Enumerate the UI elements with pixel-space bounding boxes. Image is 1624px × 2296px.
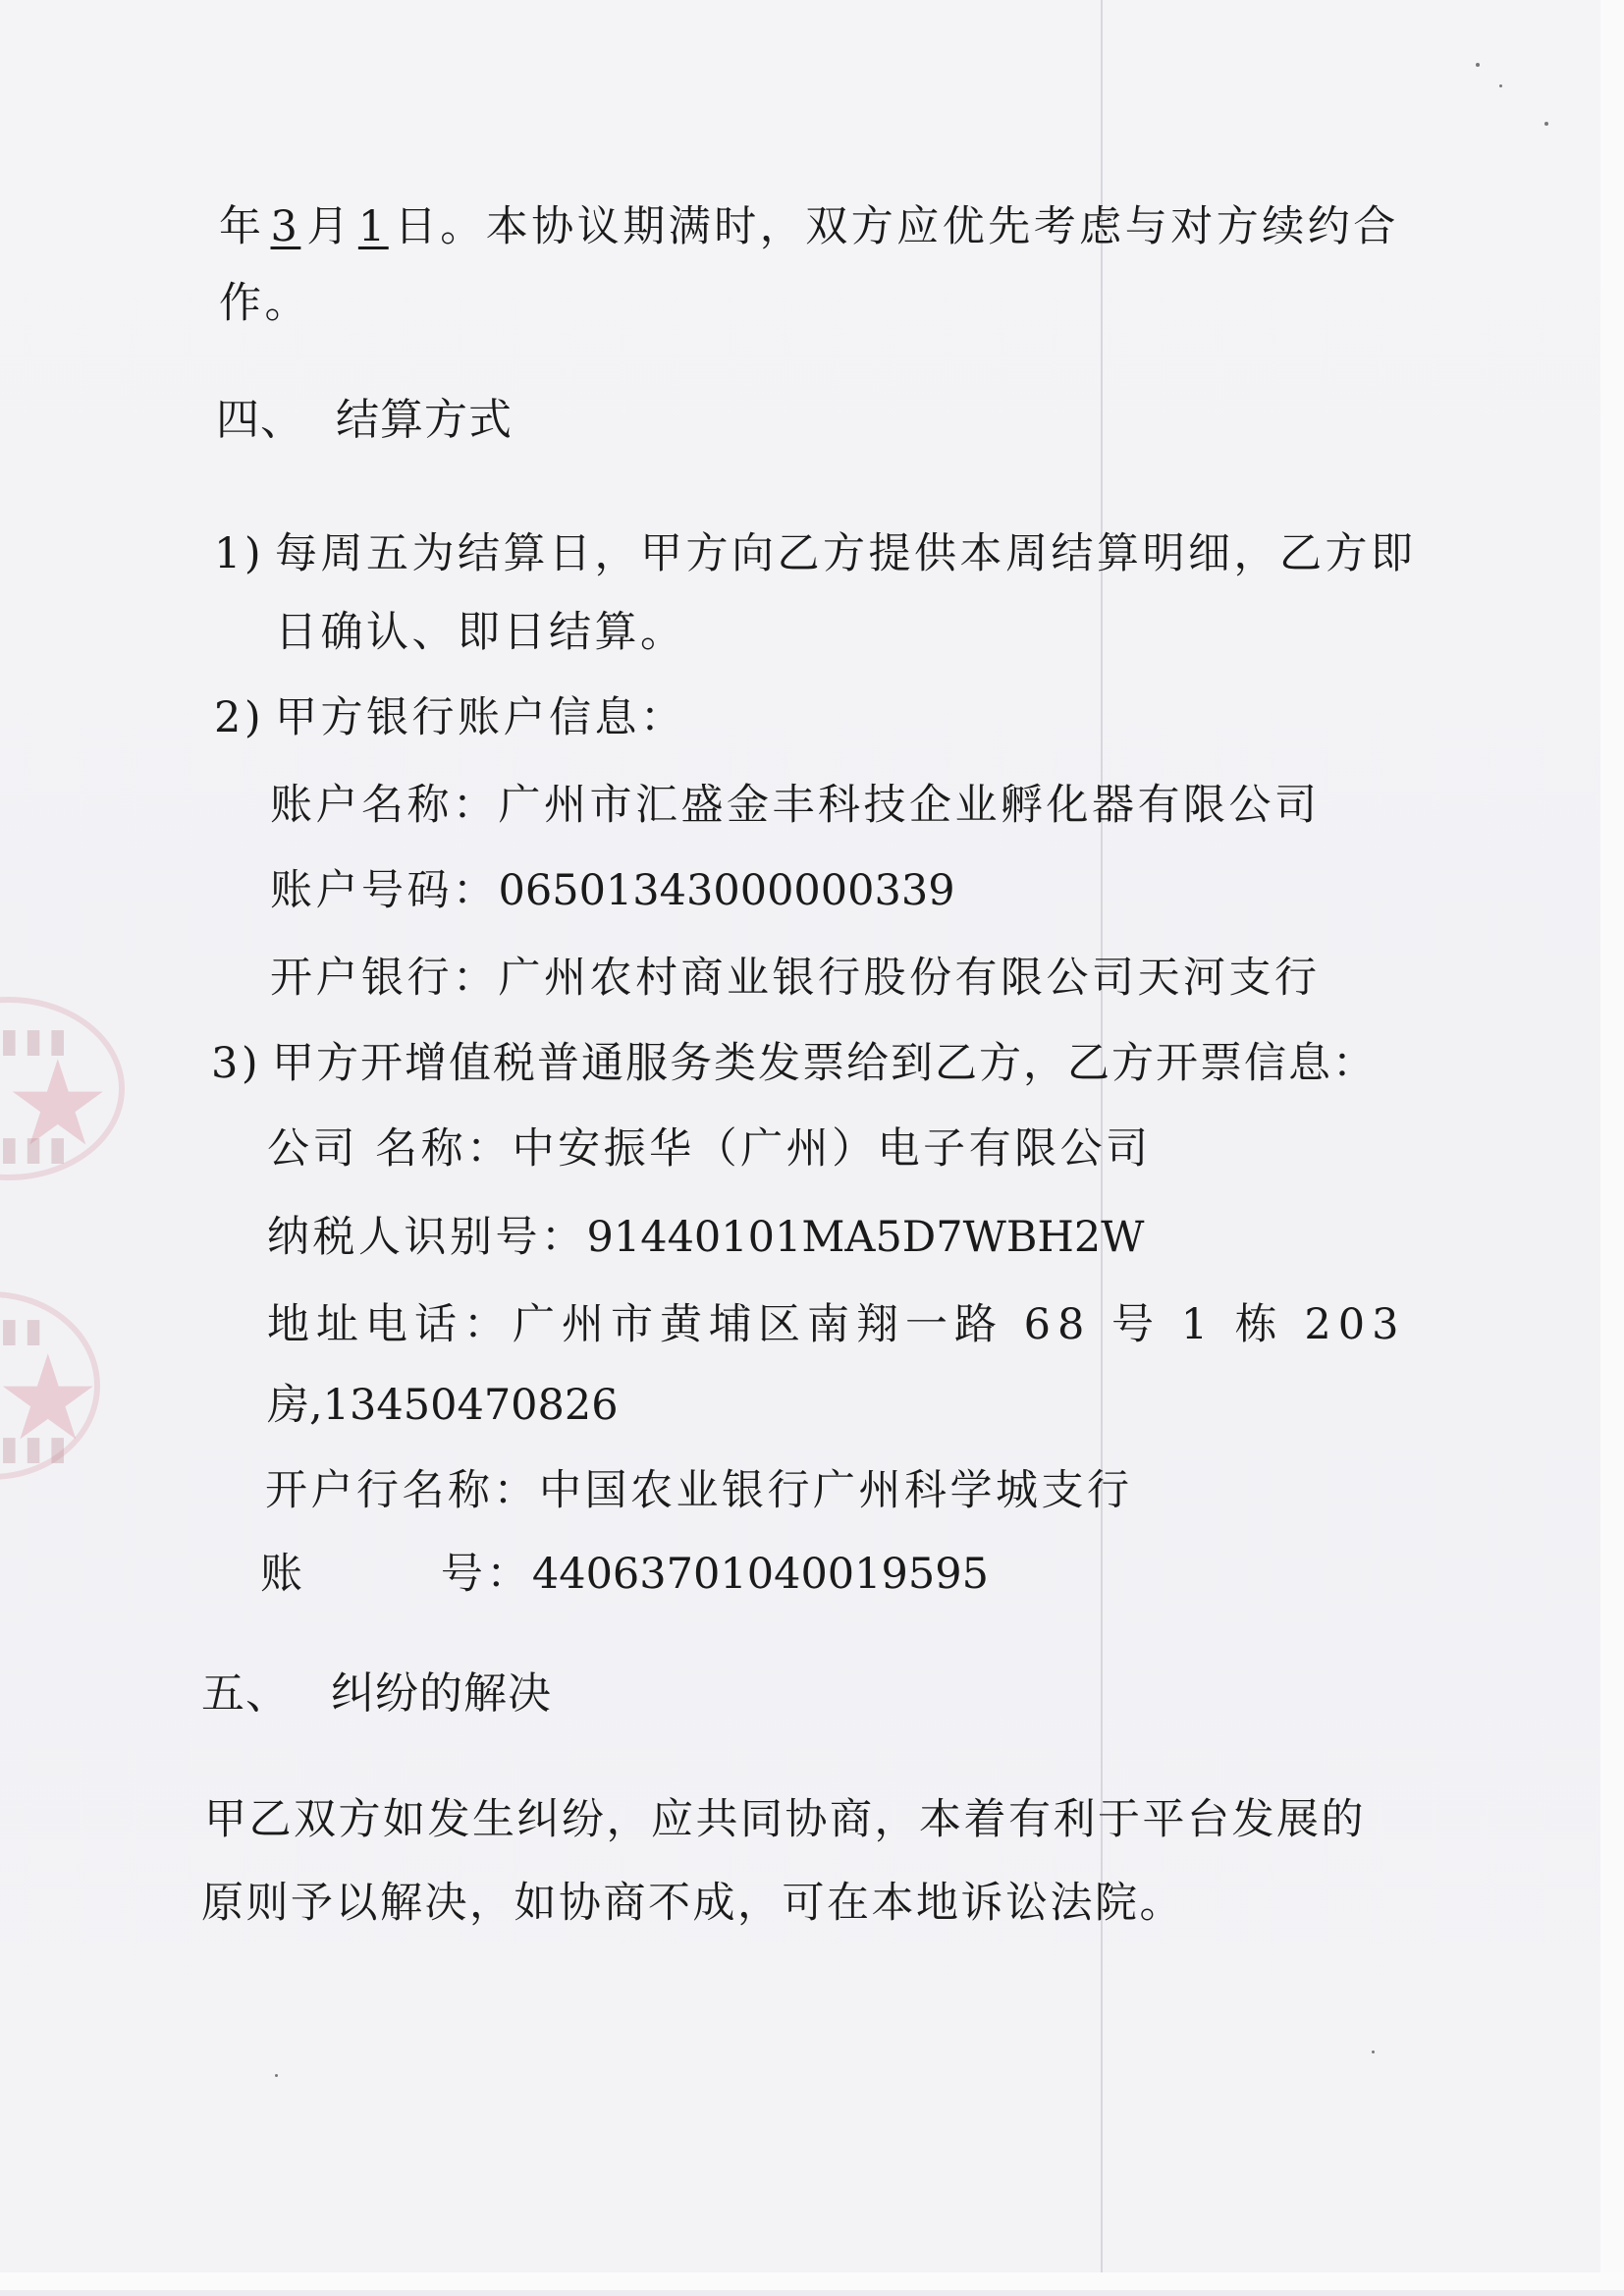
field-label: 账 号： bbox=[260, 1550, 532, 1599]
text: 日。本协议期满时，双方应优先考虑与对方续约合 bbox=[395, 202, 1399, 251]
item-3-line-1: 甲方开增值税普通服务类发票给到乙方，乙方开票信息： bbox=[272, 1039, 1377, 1088]
paper-speck bbox=[1499, 84, 1502, 87]
seal-text: ▮▮▮ bbox=[0, 1429, 73, 1468]
item-2-marker: 2) bbox=[214, 693, 264, 742]
section-5-heading: 五、纠纷的解决 bbox=[201, 1669, 552, 1719]
section-title: 结算方式 bbox=[336, 395, 513, 445]
paper-speck bbox=[1372, 2050, 1375, 2053]
scan-bottom-band bbox=[0, 2290, 1624, 2296]
field-label: 账户号码： bbox=[270, 866, 499, 915]
bank-name-row: 开户银行：广州农村商业银行股份有限公司天河支行 bbox=[270, 954, 1321, 1003]
scan-bottom-margin bbox=[0, 2272, 1624, 2290]
field-value: 广州市黄埔区南翔一路 68 号 1 栋 203 bbox=[513, 1300, 1406, 1349]
field-label: 纳税人识别号： bbox=[267, 1213, 587, 1262]
field-value: 中安振华（广州）电子有限公司 bbox=[513, 1124, 1152, 1174]
continuation-line-2: 作。 bbox=[219, 279, 310, 328]
day-value: 1 bbox=[352, 202, 395, 251]
address-phone-row: 地址电话：广州市黄埔区南翔一路 68 号 1 栋 203 bbox=[267, 1300, 1406, 1349]
item-3-marker: 3) bbox=[211, 1039, 261, 1088]
field-value: 广州市汇盛金丰科技企业孵化器有限公司 bbox=[499, 781, 1321, 830]
item-1-line-2: 日确认、即日结算。 bbox=[275, 608, 686, 657]
field-label: 开户银行： bbox=[270, 954, 499, 1003]
dispute-paragraph-line-2: 原则予以解决，如协商不成，可在本地诉讼法院。 bbox=[201, 1879, 1184, 1928]
field-label: 账户名称： bbox=[270, 781, 499, 830]
scan-right-margin bbox=[1600, 0, 1624, 2272]
field-label: 公司 名称： bbox=[267, 1124, 513, 1174]
section-number: 五、 bbox=[201, 1668, 290, 1719]
bank-branch-row: 开户行名称：中国农业银行广州科学城支行 bbox=[265, 1466, 1133, 1515]
field-value: 广州农村商业银行股份有限公司天河支行 bbox=[499, 954, 1321, 1003]
section-title: 纠纷的解决 bbox=[331, 1668, 552, 1719]
paper-speck bbox=[1544, 122, 1548, 126]
dispute-paragraph-line-1: 甲乙双方如发生纠纷，应共同协商，本着有利于平台发展的 bbox=[204, 1795, 1366, 1844]
paper-speck bbox=[275, 2074, 278, 2077]
company-name-row: 公司 名称：中安振华（广州）电子有限公司 bbox=[267, 1124, 1152, 1174]
section-number: 四、 bbox=[216, 395, 304, 445]
field-label: 开户行名称： bbox=[265, 1466, 539, 1515]
month-value: 3 bbox=[265, 202, 307, 251]
field-value: 91440101MA5D7WBH2W bbox=[587, 1213, 1145, 1262]
field-value: 房,13450470826 bbox=[267, 1381, 619, 1430]
field-label: 地址电话： bbox=[267, 1300, 513, 1349]
field-value: 06501343000000339 bbox=[499, 866, 955, 915]
text: 年 bbox=[219, 202, 265, 251]
item-2-line-1: 甲方银行账户信息： bbox=[275, 693, 686, 742]
account-name-row: 账户名称：广州市汇盛金丰科技企业孵化器有限公司 bbox=[270, 781, 1321, 830]
seal-text: ▮▮▮ bbox=[0, 1129, 73, 1169]
account-number-row: 账户号码：06501343000000339 bbox=[270, 866, 955, 915]
bank-account-row: 账 号：44063701040019595 bbox=[260, 1550, 989, 1599]
item-1-marker: 1) bbox=[214, 529, 264, 578]
taxpayer-id-row: 纳税人识别号：91440101MA5D7WBH2W bbox=[267, 1213, 1145, 1262]
field-value: 44063701040019595 bbox=[532, 1550, 989, 1599]
section-4-heading: 四、结算方式 bbox=[216, 396, 513, 445]
address-phone-row-cont: 房,13450470826 bbox=[267, 1381, 619, 1430]
paper-speck bbox=[1476, 63, 1480, 67]
field-value: 中国农业银行广州科学城支行 bbox=[539, 1466, 1133, 1515]
text: 月 bbox=[306, 202, 352, 251]
item-1-line-1: 每周五为结算日，甲方向乙方提供本周结算明细，乙方即 bbox=[275, 529, 1417, 578]
continuation-line-1: 年3月1日。本协议期满时，双方应优先考虑与对方续约合 bbox=[219, 202, 1399, 251]
